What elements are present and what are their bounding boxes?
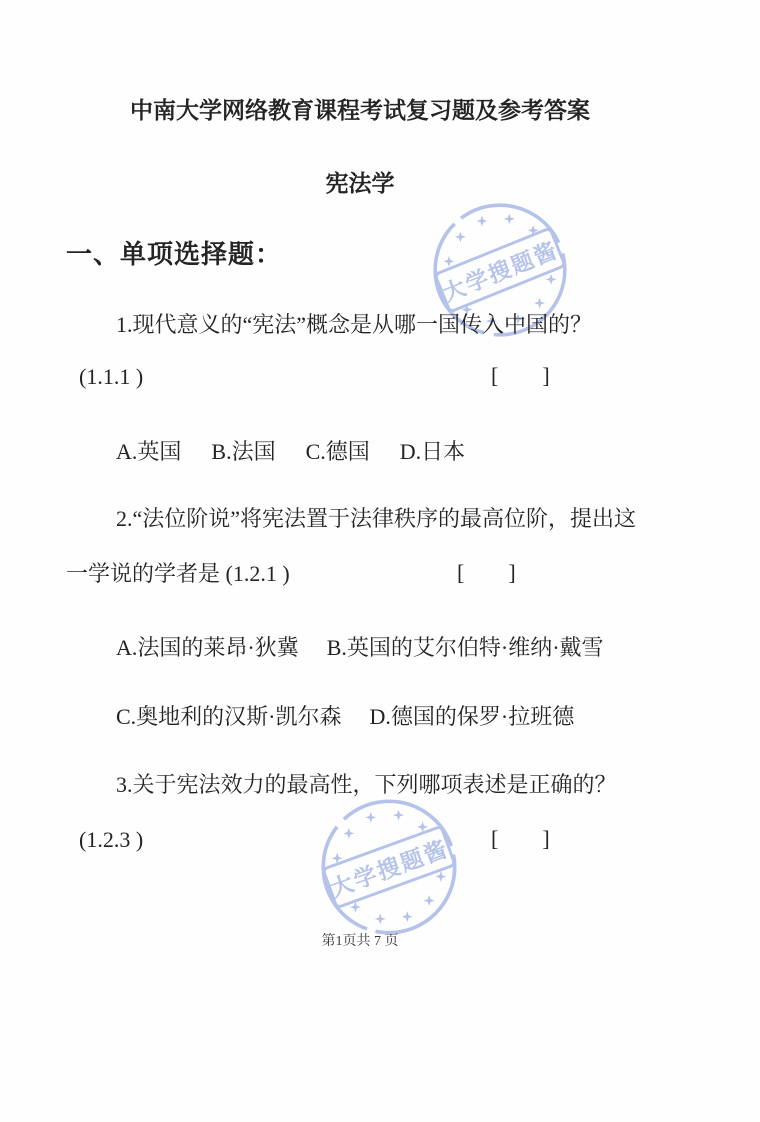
question-1-option-c: C.德国 [306, 435, 370, 466]
question-1-ref: (1.1.1 ) [79, 364, 143, 390]
question-1-answer-bracket: [ ] [491, 363, 550, 389]
question-3-answer-bracket: [ ] [491, 826, 550, 852]
question-1-option-d: D.日本 [400, 435, 465, 466]
document-title: 中南大学网络教育课程考试复习题及参考答案 [0, 92, 720, 125]
question-1-text: 1.现代意义的“宪法”概念是从哪一国传入中国的？ [116, 312, 592, 338]
question-2-text-line1: 2.“法位阶说”将宪法置于法律秩序的最高位阶，提出这 [116, 506, 636, 532]
question-3-ref: (1.2.3 ) [79, 827, 143, 853]
question-2-options-row-1: A.法国的莱昂·狄冀 B.英国的艾尔伯特·维纳·戴雪 [116, 631, 604, 662]
question-2-answer-bracket: [ ] [457, 560, 516, 586]
question-2-option-c: C.奥地利的汉斯·凯尔森 [116, 700, 342, 731]
page-footer: 第1页共 7 页 [0, 930, 720, 950]
question-2-text-line2: 一学说的学者是 (1.2.1 ) [66, 561, 290, 587]
document-page: 大学搜题酱 大学搜题酱 中南大学网络教育课程考试复习题及参考答案 宪法学 一、单… [0, 0, 760, 1122]
question-2-option-b: B.英国的艾尔伯特·维纳·戴雪 [327, 631, 604, 662]
question-1-option-b: B.法国 [211, 435, 275, 466]
section-heading: 一、单项选择题： [66, 234, 282, 271]
question-2-option-a: A.法国的莱昂·狄冀 [116, 631, 299, 662]
course-title: 宪法学 [0, 165, 720, 198]
question-2-option-d: D.德国的保罗·拉班德 [370, 700, 575, 731]
watermark-stamp-bottom: 大学搜题酱 [316, 794, 462, 940]
question-2-options-row-2: C.奥地利的汉斯·凯尔森 D.德国的保罗·拉班德 [116, 700, 574, 731]
question-1-options-row: A.英国 B.法国 C.德国 D.日本 [116, 435, 465, 466]
question-3-text: 3.关于宪法效力的最高性，下列哪项表述是正确的？ [116, 772, 617, 798]
question-1-option-a: A.英国 [116, 435, 181, 466]
